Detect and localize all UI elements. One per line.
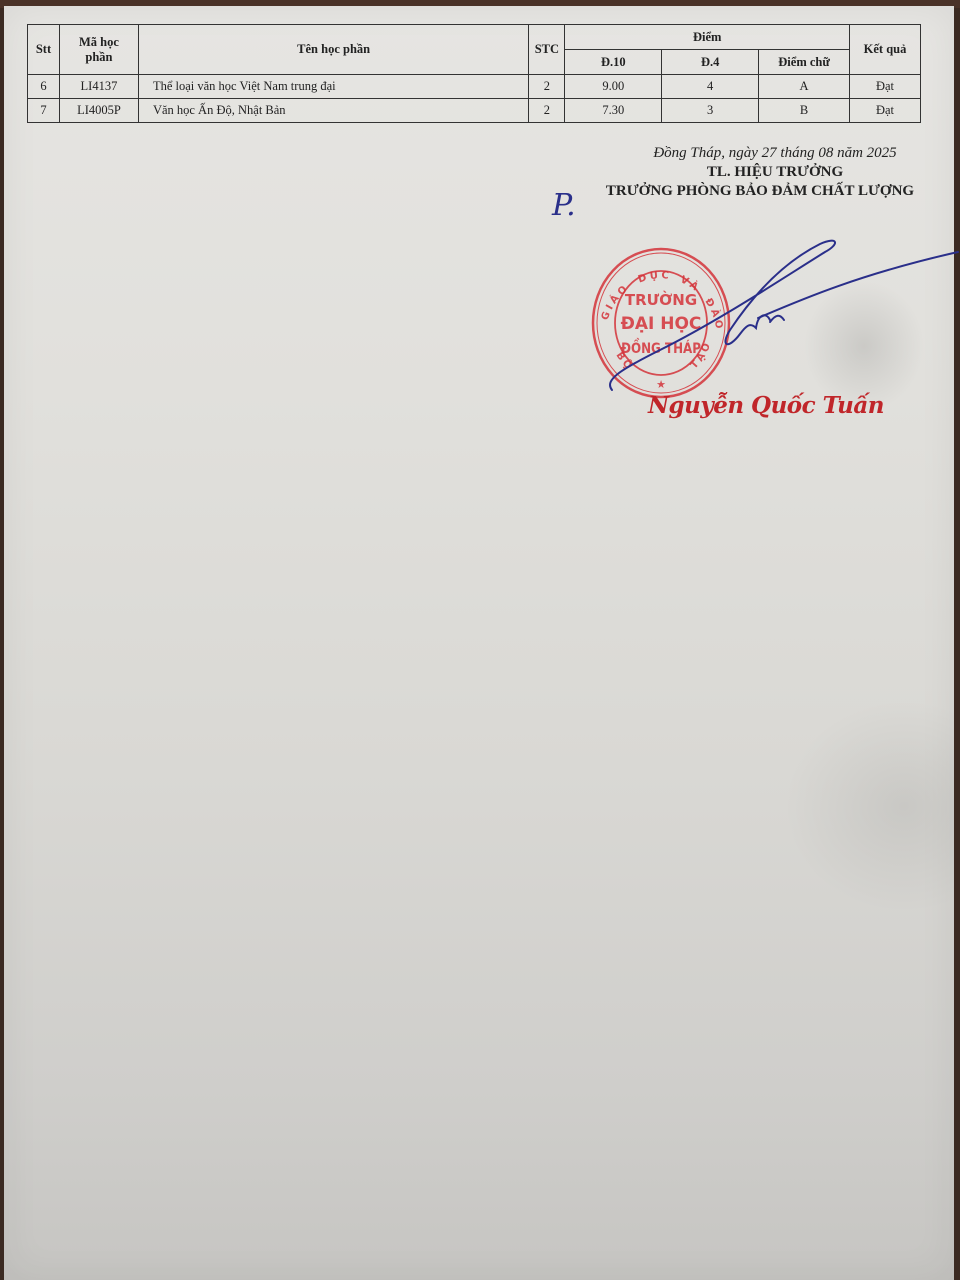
handwritten-p-mark: P. <box>552 188 576 223</box>
cell-score4: 4 <box>662 75 759 99</box>
cell-name: Văn học Ấn Độ, Nhật Bản <box>138 99 528 123</box>
cell-score10: 7.30 <box>565 99 662 123</box>
cell-stt: 6 <box>28 75 60 99</box>
signature-block: Đồng Tháp, ngày 27 tháng 08 năm 2025 TL.… <box>560 145 940 200</box>
header-score10: Đ.10 <box>565 50 662 75</box>
header-credits: STC <box>529 25 565 75</box>
header-result: Kết quả <box>850 25 921 75</box>
cell-letter: B <box>759 99 850 123</box>
header-score4: Đ.4 <box>662 50 759 75</box>
cell-credits: 2 <box>529 99 565 123</box>
cell-code: LI4005P <box>59 99 138 123</box>
cell-stt: 7 <box>28 99 60 123</box>
header-score-group: Điểm <box>565 25 850 50</box>
cell-score4: 3 <box>662 99 759 123</box>
header-stt: Stt <box>28 25 60 75</box>
cell-name: Thể loại văn học Việt Nam trung đại <box>138 75 528 99</box>
signer-name: Nguyễn Quốc Tuấn <box>648 392 884 419</box>
header-letter: Điểm chữ <box>759 50 850 75</box>
cell-result: Đạt <box>850 75 921 99</box>
cell-credits: 2 <box>529 75 565 99</box>
handwritten-signature-icon <box>600 230 960 410</box>
cell-result: Đạt <box>850 99 921 123</box>
table-row: 7 LI4005P Văn học Ấn Độ, Nhật Bản 2 7.30… <box>28 99 921 123</box>
cell-code: LI4137 <box>59 75 138 99</box>
header-code: Mã học phần <box>59 25 138 75</box>
header-name: Tên học phần <box>138 25 528 75</box>
grades-table: Stt Mã học phần Tên học phần STC Điểm Kế… <box>27 24 921 123</box>
signer-title-1: TL. HIỆU TRƯỞNG <box>610 164 940 181</box>
date-line: Đồng Tháp, ngày 27 tháng 08 năm 2025 <box>610 145 940 162</box>
table-row: 6 LI4137 Thể loại văn học Việt Nam trung… <box>28 75 921 99</box>
cell-score10: 9.00 <box>565 75 662 99</box>
cell-letter: A <box>759 75 850 99</box>
signer-title-2: TRƯỞNG PHÒNG BẢO ĐẢM CHẤT LƯỢNG <box>580 183 940 200</box>
